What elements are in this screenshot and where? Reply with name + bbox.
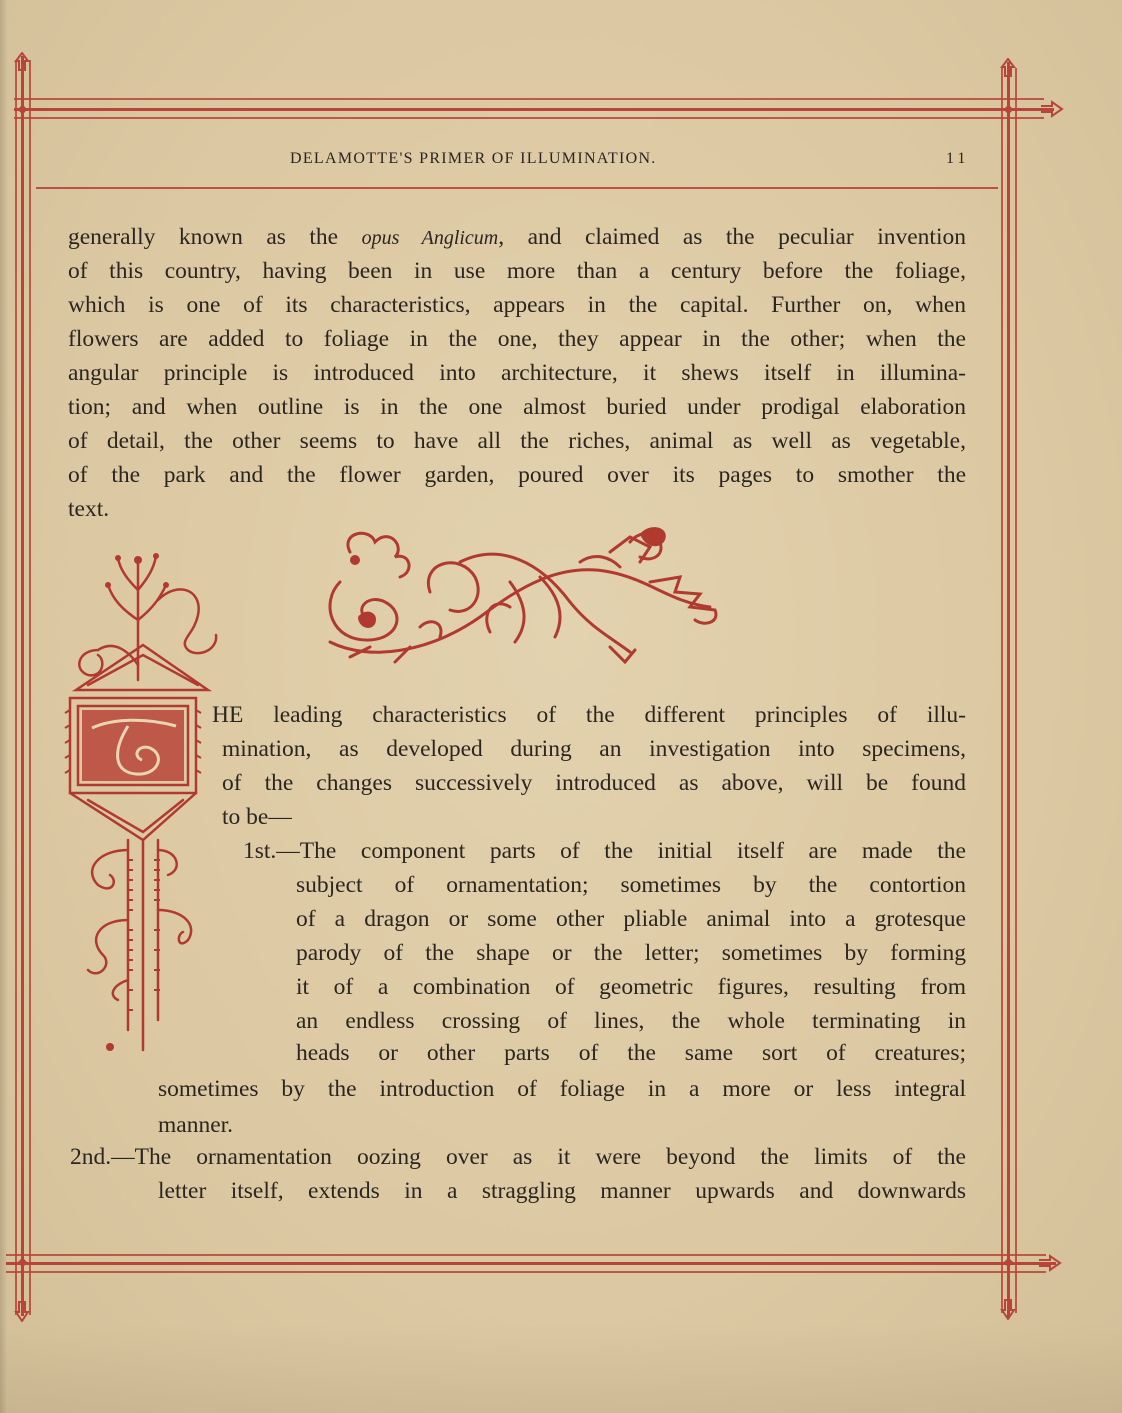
header-rule (36, 187, 998, 189)
arrow-up-icon (12, 52, 32, 72)
arrow-down-icon (998, 1298, 1018, 1320)
text-line: of the changes successively introduced a… (222, 766, 966, 800)
foliage-headpiece-icon (310, 522, 725, 667)
page-edge-shadow (0, 0, 8, 1413)
arrow-right-icon (1040, 100, 1064, 118)
arrow-down-icon (12, 1300, 32, 1322)
text-line: letter itself, extends in a straggling m… (158, 1174, 966, 1208)
text-line: generally known as the opus Anglicum, an… (68, 220, 966, 255)
text-line: mination, as developed during an investi… (222, 732, 966, 766)
arrow-right-icon (1038, 1254, 1062, 1272)
running-title: DELAMOTTE'S PRIMER OF ILLUMINATION. (290, 150, 657, 168)
text-line: text. (68, 492, 966, 526)
text-line: HE leading characteristics of the differ… (212, 698, 966, 732)
text-line: to be— (222, 800, 966, 834)
text-line: which is one of its characteristics, app… (68, 288, 966, 322)
text-line: 1st.—The component parts of the initial … (243, 834, 966, 868)
text-line: of this country, having been in use more… (68, 254, 966, 288)
text-line: of a dragon or some other pliable animal… (296, 902, 966, 936)
illuminated-initial-icon (58, 550, 228, 1060)
corner-ornament-top-left (16, 103, 30, 117)
page-number: 11 (946, 150, 969, 168)
text-line: angular principle is introduced into arc… (68, 356, 966, 390)
text-line: 2nd.—The ornamentation oozing over as it… (70, 1140, 966, 1174)
text-line: heads or other parts of the same sort of… (296, 1036, 966, 1070)
text-line: flowers are added to foliage in the one,… (68, 322, 966, 356)
page-bottom-shadow (0, 1323, 1122, 1413)
text-line: parody of the shape or the letter; somet… (296, 936, 966, 970)
corner-ornament-bottom-left (16, 1256, 30, 1270)
corner-ornament-bottom-right (1002, 1256, 1016, 1270)
text-line: an endless crossing of lines, the whole … (296, 1004, 966, 1038)
text-line: subject of ornamentation; sometimes by t… (296, 868, 966, 902)
text-line: it of a combination of geometric figures… (296, 970, 966, 1004)
text-line: of detail, the other seems to have all t… (68, 424, 966, 458)
text-line: sometimes by the introduction of foliage… (158, 1072, 966, 1106)
text-line: tion; and when outline is in the one alm… (68, 390, 966, 424)
arrow-up-icon (998, 58, 1018, 78)
italic-term: opus Anglicum (362, 227, 499, 249)
text-line: of the park and the flower garden, poure… (68, 458, 966, 492)
corner-ornament-top-right (1002, 103, 1016, 117)
text-line: manner. (158, 1108, 966, 1142)
